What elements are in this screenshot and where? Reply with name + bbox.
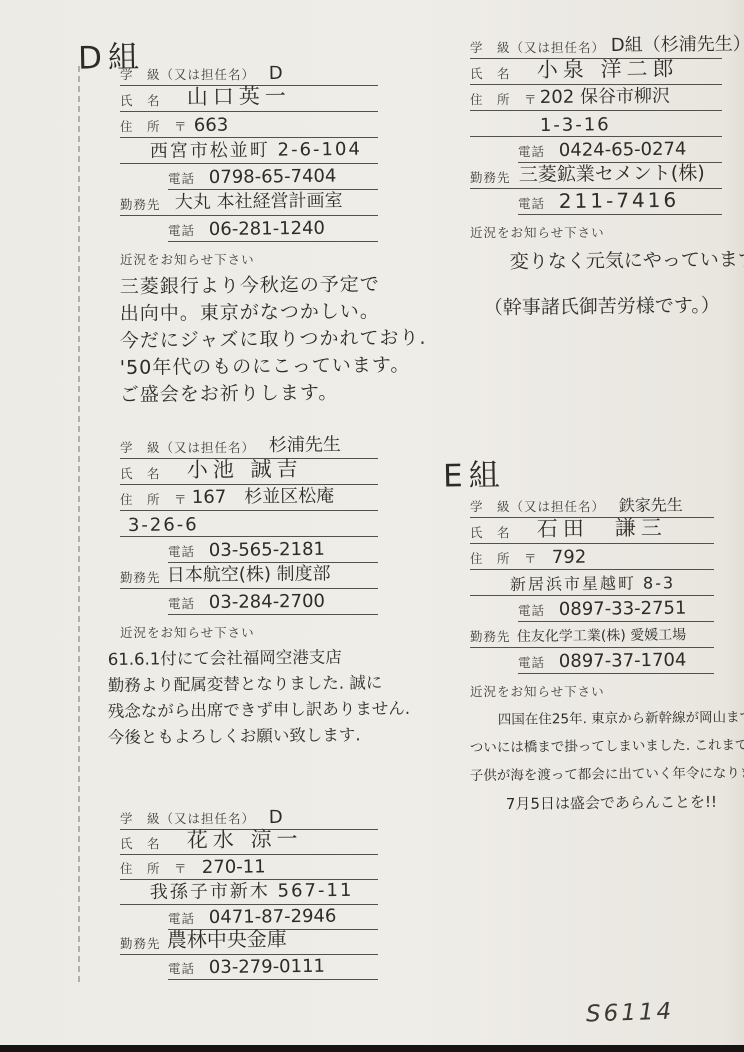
work-phone-row: 電話 03-284-2700 (168, 589, 378, 615)
message-line: （幹事諸氏御苦労様です。） (484, 291, 722, 323)
workplace-label: 勤務先 (120, 934, 161, 954)
scanned-document-page: D組 E組 S6114 学 級（又は担任名） D 氏 名 山口英一 住 所 〒 … (0, 0, 744, 1052)
address-label: 住 所 〒 (120, 490, 188, 510)
work-phone-value: 06-281-1240 (209, 218, 325, 241)
name-label: 氏 名 (120, 834, 161, 854)
workplace-row: 勤務先 住友化学工業(株) 愛媛工場 (470, 622, 714, 648)
workplace-value: 三菱鉱業セメント(株) (518, 158, 704, 188)
message-line: 今後ともよろしくお願い致します. (108, 722, 378, 751)
name-label: 氏 名 (470, 523, 511, 543)
work-phone-label: 電話 (168, 959, 195, 979)
work-phone-label: 電話 (168, 594, 195, 614)
news-label: 近況をお知らせ下さい (470, 223, 722, 241)
workplace-value: 農林中央金庫 (166, 923, 286, 954)
message-line: 出向中。東京がなつかしい。 (120, 298, 378, 328)
address2-value: 3-26-6 (128, 514, 199, 536)
phone-label: 電話 (518, 601, 545, 621)
phone-label: 電話 (168, 542, 195, 562)
group-heading-e: E組 (443, 449, 506, 495)
name-label: 氏 名 (120, 464, 161, 484)
message-line: 勤務より配属変替となりました. 誠に (108, 670, 378, 699)
name-label: 氏 名 (120, 91, 161, 111)
address2-value: 1-3-16 (540, 114, 611, 136)
address2-value: 西宮市松並町 2-6-104 (150, 135, 362, 163)
work-phone-value: 0897-37-1704 (559, 650, 687, 673)
phone-label: 電話 (168, 169, 195, 189)
name-value: 石田 謙三 (536, 512, 666, 543)
address-label: 住 所 〒 (120, 859, 188, 879)
address2-row: 1-3-16 (470, 111, 722, 137)
work-phone-row: 電話 211-7416 (518, 189, 722, 215)
name-row: 氏 名 小泉 洋二郎 (470, 59, 722, 85)
address-label: 住 所 〒 (470, 549, 538, 569)
workplace-row: 勤務先 大丸 本社経営計画室 (120, 190, 378, 216)
page-code: S6114 (586, 998, 675, 1027)
work-phone-label: 電話 (168, 221, 195, 241)
news-message: 61.6.1付にて会社福岡空港支店 勤務より配属変替となりました. 誠に 残念な… (108, 647, 378, 751)
workplace-value: 日本航空(株) 制度部 (166, 559, 330, 588)
postal-value: 167 杉並区松庵 (191, 482, 334, 510)
address-label: 住 所 〒 (470, 90, 538, 110)
name-value: 花水 涼一 (186, 823, 302, 854)
name-value: 小泉 洋二郎 (536, 53, 678, 84)
work-phone-row: 電話 0897-37-1704 (518, 648, 714, 674)
address2-value: 新居浜市星越町 8-3 (510, 570, 675, 595)
left-margin-dashed-line (78, 66, 80, 982)
address2-row: 西宮市松並町 2-6-104 (120, 138, 378, 164)
postal-value: 663 (193, 115, 228, 137)
work-phone-value: 03-279-0111 (209, 956, 325, 979)
address2-row: 新居浜市星越町 8-3 (470, 570, 714, 596)
address-row: 住 所 〒 167 杉並区松庵 (120, 485, 378, 511)
name-label: 氏 名 (470, 64, 511, 84)
message-line: 子供が海を渡って都会に出ていく年令になりました. (470, 759, 714, 790)
phone-row: 電話 0897-33-2751 (518, 596, 714, 622)
news-label: 近況をお知らせ下さい (470, 682, 714, 700)
news-message: 四国在住25年. 東京から新幹線が岡山まで来. ついには橋まで掛ってしまいました… (470, 706, 714, 818)
postal-value: 792 (551, 547, 586, 569)
phone-value: 0897-33-2751 (559, 598, 687, 621)
workplace-label: 勤務先 (120, 195, 161, 215)
workplace-row: 勤務先 三菱鉱業セメント(株) (470, 163, 722, 189)
message-line: '50年代のものにこっています。 (120, 352, 378, 382)
message-line: ついには橋まで掛ってしまいました. これまで留まっていたのに!! (470, 731, 714, 762)
work-phone-label: 電話 (518, 653, 545, 673)
contact-form-2: 学 級（又は担任名） 杉浦先生 氏 名 小池 誠吉 住 所 〒 167 杉並区松… (120, 433, 378, 751)
workplace-value: 大丸 本社経営計画室 (174, 186, 342, 215)
work-phone-value: 211-7416 (559, 188, 680, 214)
name-value: 小池 誠吉 (186, 453, 302, 484)
name-row: 氏 名 石田 謙三 (470, 518, 714, 544)
news-message: 三菱銀行より今秋迄の予定で 出向中。東京がなつかしい。 今だにジャズに取りつかれ… (120, 274, 378, 409)
workplace-value: 住友化学工業(株) 愛媛工場 (516, 624, 686, 647)
work-phone-value: 03-284-2700 (209, 591, 325, 614)
news-label: 近況をお知らせ下さい (120, 250, 378, 268)
contact-form-4: 学 級（又は担任名） D組（杉浦先生） 氏 名 小泉 洋二郎 住 所 〒 202… (470, 33, 722, 323)
workplace-label: 勤務先 (470, 168, 511, 188)
postal-value: 202 保谷市柳沢 (539, 82, 669, 110)
message-line: 三菱銀行より今秋迄の予定で (120, 271, 378, 301)
address2-row: 3-26-6 (120, 511, 378, 537)
name-row: 氏 名 花水 涼一 (120, 830, 378, 855)
name-row: 氏 名 小池 誠吉 (120, 459, 378, 485)
contact-form-3: 学 級（又は担任名） D 氏 名 花水 涼一 住 所 〒 270-11 我孫子市… (120, 805, 378, 980)
workplace-label: 勤務先 (120, 568, 161, 588)
phone-value: 0798-65-7404 (209, 166, 337, 189)
message-line: 変りなく元気にやっています。 (510, 245, 722, 277)
address-label: 住 所 〒 (120, 117, 188, 137)
workplace-row: 勤務先 日本航空(株) 制度部 (120, 563, 378, 589)
news-label: 近況をお知らせ下さい (120, 623, 378, 641)
contact-form-1: 学 級（又は担任名） D 氏 名 山口英一 住 所 〒 663 西宮市松並町 2… (120, 60, 378, 409)
name-row: 氏 名 山口英一 (120, 86, 378, 112)
work-phone-label: 電話 (518, 194, 545, 214)
message-line: 61.6.1付にて会社福岡空港支店 (108, 644, 378, 673)
workplace-label: 勤務先 (470, 627, 511, 647)
work-phone-row: 電話 03-279-0111 (168, 955, 378, 980)
address-row: 住 所 〒 792 (470, 544, 714, 570)
work-phone-row: 電話 06-281-1240 (168, 216, 378, 242)
message-line: 今だにジャズに取りつかれており. (120, 325, 378, 355)
message-line: 7月5日は盛会であらんことを!! (506, 788, 714, 818)
postal-value: 270-11 (201, 856, 265, 879)
news-message: 変りなく元気にやっています。 （幹事諸氏御苦労様です。） (470, 247, 722, 323)
contact-form-5: 学 級（又は担任名） 鉄家先生 氏 名 石田 謙三 住 所 〒 792 新居浜市… (470, 492, 714, 818)
address-row: 住 所 〒 202 保谷市柳沢 (470, 85, 722, 111)
address2-value: 我孫子市新木 567-11 (150, 876, 354, 904)
message-line: ご盛会をお祈りします。 (120, 379, 378, 409)
workplace-row: 勤務先 農林中央金庫 (120, 930, 378, 955)
address2-row: 我孫子市新木 567-11 (120, 880, 378, 905)
message-line: 残念ながら出席できず申し訳ありません. (108, 696, 378, 725)
scan-edge-bar (0, 1045, 744, 1052)
message-line: 四国在住25年. 東京から新幹線が岡山まで来. (498, 704, 714, 734)
name-value: 山口英一 (186, 80, 290, 111)
